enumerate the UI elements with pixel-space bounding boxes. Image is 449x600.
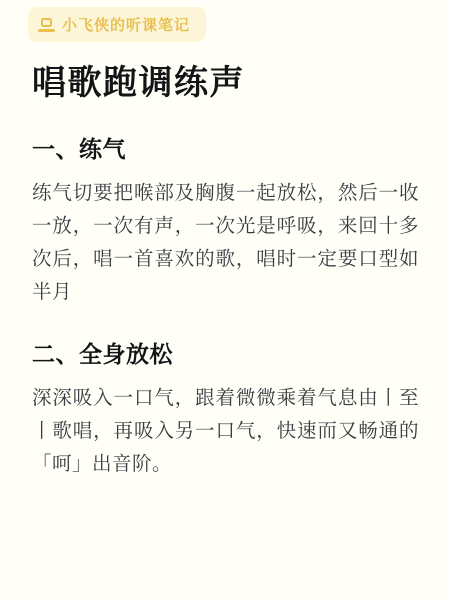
section-relax: 二、全身放松 深深吸入一口气，跟着微微乘着气息由丨至丨歌唱，再吸入另一口气，快速… <box>32 336 419 481</box>
section-heading: 二、全身放松 <box>32 336 419 369</box>
page-title: 唱歌跑调练声 <box>32 63 419 104</box>
section-breathing: 一、练气 练气切要把喉部及胸腹一起放松，然后一收一放，一次有声，一次光是呼吸，来… <box>32 131 419 309</box>
section-body: 练气切要把喉部及胸腹一起放松，然后一收一放，一次有声，一次光是呼吸，来回十多次后… <box>32 177 419 309</box>
laptop-icon <box>38 18 55 32</box>
note-page: 小飞侠的听课笔记 唱歌跑调练声 一、练气 练气切要把喉部及胸腹一起放松，然后一收… <box>0 0 449 600</box>
section-heading: 一、练气 <box>32 131 419 164</box>
author-badge: 小飞侠的听课笔记 <box>28 7 206 42</box>
author-badge-label: 小飞侠的听课笔记 <box>62 14 190 35</box>
section-body: 深深吸入一口气，跟着微微乘着气息由丨至丨歌唱，再吸入另一口气，快速而又畅通的「呵… <box>32 382 419 481</box>
